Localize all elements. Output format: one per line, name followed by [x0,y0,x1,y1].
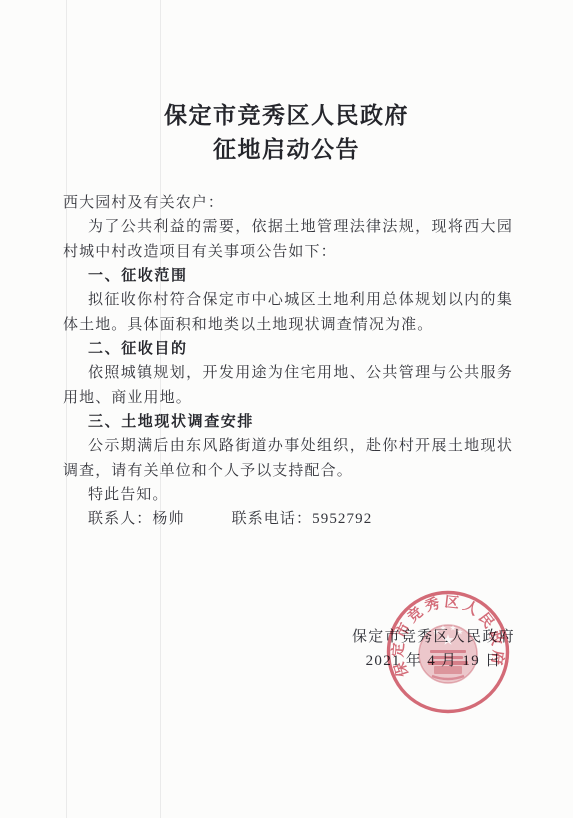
contact-person-label: 联系人： [88,511,152,527]
paragraph-survey: 公示期满后由东风路街道办事处组织，赴你村开展土地现状调查，请有关单位和个人予以支… [63,434,513,483]
signature-block: 保定市竞秀区人民政府 2021 年 4 月 19 日 [352,626,515,673]
signature-date: 2021 年 4 月 19 日 [352,650,515,674]
title-line-1: 保定市竞秀区人民政府 [164,103,409,128]
contact-line: 联系人：杨帅联系电话：5952792 [63,507,513,531]
contact-phone-label: 联系电话： [232,511,313,527]
document-body: 西大园村及有关农户： 为了公共利益的需要，依据土地管理法律法规，现将西大园村城中… [63,191,513,532]
document-title: 保定市竞秀区人民政府 征地启动公告 [0,99,573,167]
salutation: 西大园村及有关农户： [63,191,513,215]
title-line-2: 征地启动公告 [213,137,360,162]
contact-person-name: 杨帅 [152,511,184,527]
section-heading-1: 一、征收范围 [63,264,513,288]
section-heading-2: 二、征收目的 [63,337,513,361]
paragraph-intro: 为了公共利益的需要，依据土地管理法律法规，现将西大园村城中村改造项目有关事项公告… [63,215,513,264]
paragraph-scope: 拟征收你村符合保定市中心城区土地利用总体规划以内的集体土地。具体面积和地类以土地… [63,288,513,337]
contact-phone-number: 5952792 [312,511,372,527]
section-heading-3: 三、土地现状调查安排 [63,410,513,434]
scanned-document-page: 保定市竞秀区人民政府 征地启动公告 西大园村及有关农户： 为了公共利益的需要，依… [0,0,573,818]
emblem-wreath [432,676,464,679]
signature-issuer: 保定市竞秀区人民政府 [352,626,515,650]
paragraph-purpose: 依照城镇规划，开发用途为住宅用地、公共管理与公共服务用地、商业用地。 [63,361,513,410]
paragraph-notice: 特此告知。 [63,483,513,507]
